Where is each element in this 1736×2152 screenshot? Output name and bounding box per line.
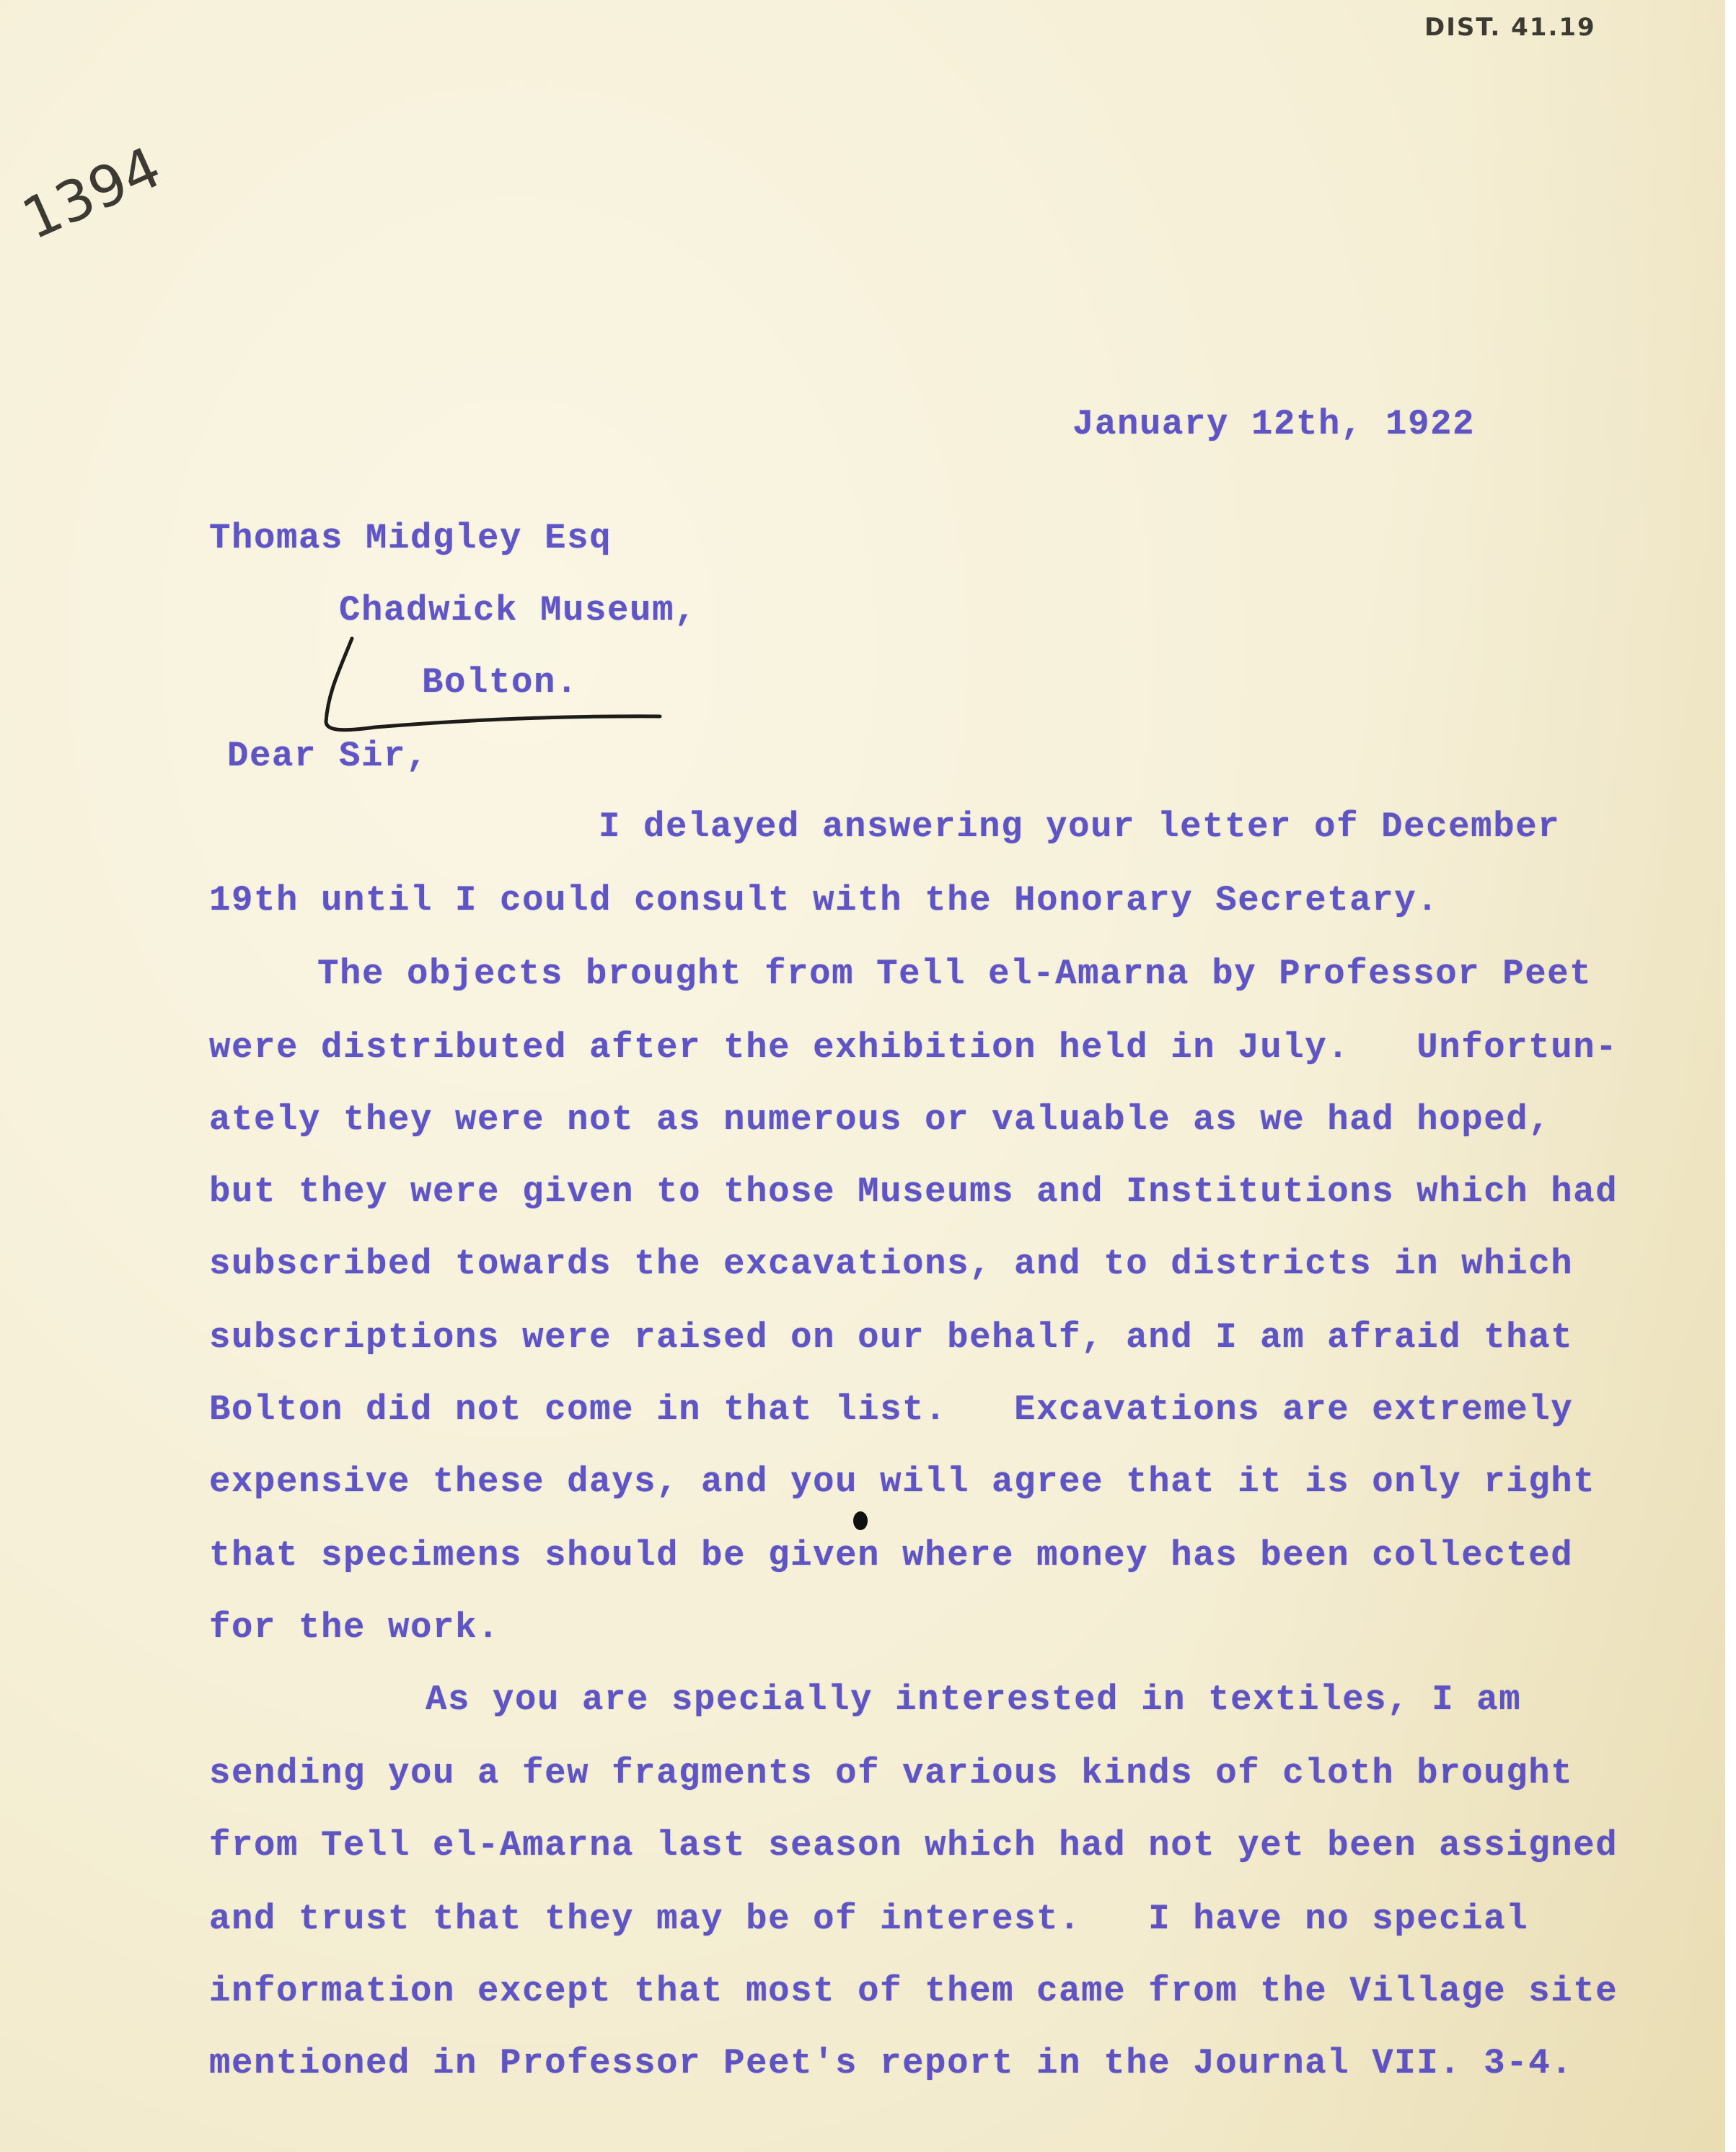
body-line: and trust that they may be of interest. … [209, 1899, 1528, 1939]
body-line: mentioned in Professor Peet's report in … [209, 2043, 1573, 2083]
body-line: The objects brought from Tell el-Amarna … [317, 954, 1592, 994]
recipient-name: Thomas Midgley Esq [209, 518, 612, 558]
handwritten-number-annotation: 1394 [13, 135, 170, 252]
body-line: that specimens should be given where mon… [209, 1535, 1573, 1576]
body-line: expensive these days, and you will agree… [209, 1462, 1595, 1502]
body-line: for the work. [209, 1607, 500, 1648]
body-line: 19th until I could consult with the Hono… [209, 880, 1439, 921]
recipient-city: Bolton. [422, 662, 578, 703]
salutation: Dear Sir, [227, 736, 428, 776]
body-line: were distributed after the exhibition he… [209, 1027, 1618, 1068]
ink-blot [853, 1511, 868, 1530]
body-line: ately they were not as numerous or valua… [209, 1099, 1551, 1140]
body-line: sending you a few fragments of various k… [209, 1753, 1573, 1793]
body-line: subscribed towards the excavations, and … [209, 1244, 1573, 1284]
body-line: information except that most of them cam… [209, 1971, 1618, 2011]
body-line: but they were given to those Museums and… [209, 1172, 1618, 1212]
body-line: subscriptions were raised on our behalf,… [209, 1317, 1573, 1358]
recipient-institution: Chadwick Museum, [339, 590, 697, 631]
body-line: I delayed answering your letter of Decem… [599, 807, 1560, 847]
letter-page: DIST. 41.19 1394 January 12th, 1922 Thom… [0, 0, 1727, 2152]
scan-edge [1725, 0, 1736, 2152]
body-line: As you are specially interested in texti… [426, 1679, 1521, 1720]
body-line: Bolton did not come in that list. Excava… [209, 1389, 1573, 1430]
body-line: from Tell el-Amarna last season which ha… [209, 1825, 1618, 1866]
letter-date: January 12th, 1922 [1072, 404, 1475, 444]
catalog-number-annotation: DIST. 41.19 [1424, 13, 1596, 42]
